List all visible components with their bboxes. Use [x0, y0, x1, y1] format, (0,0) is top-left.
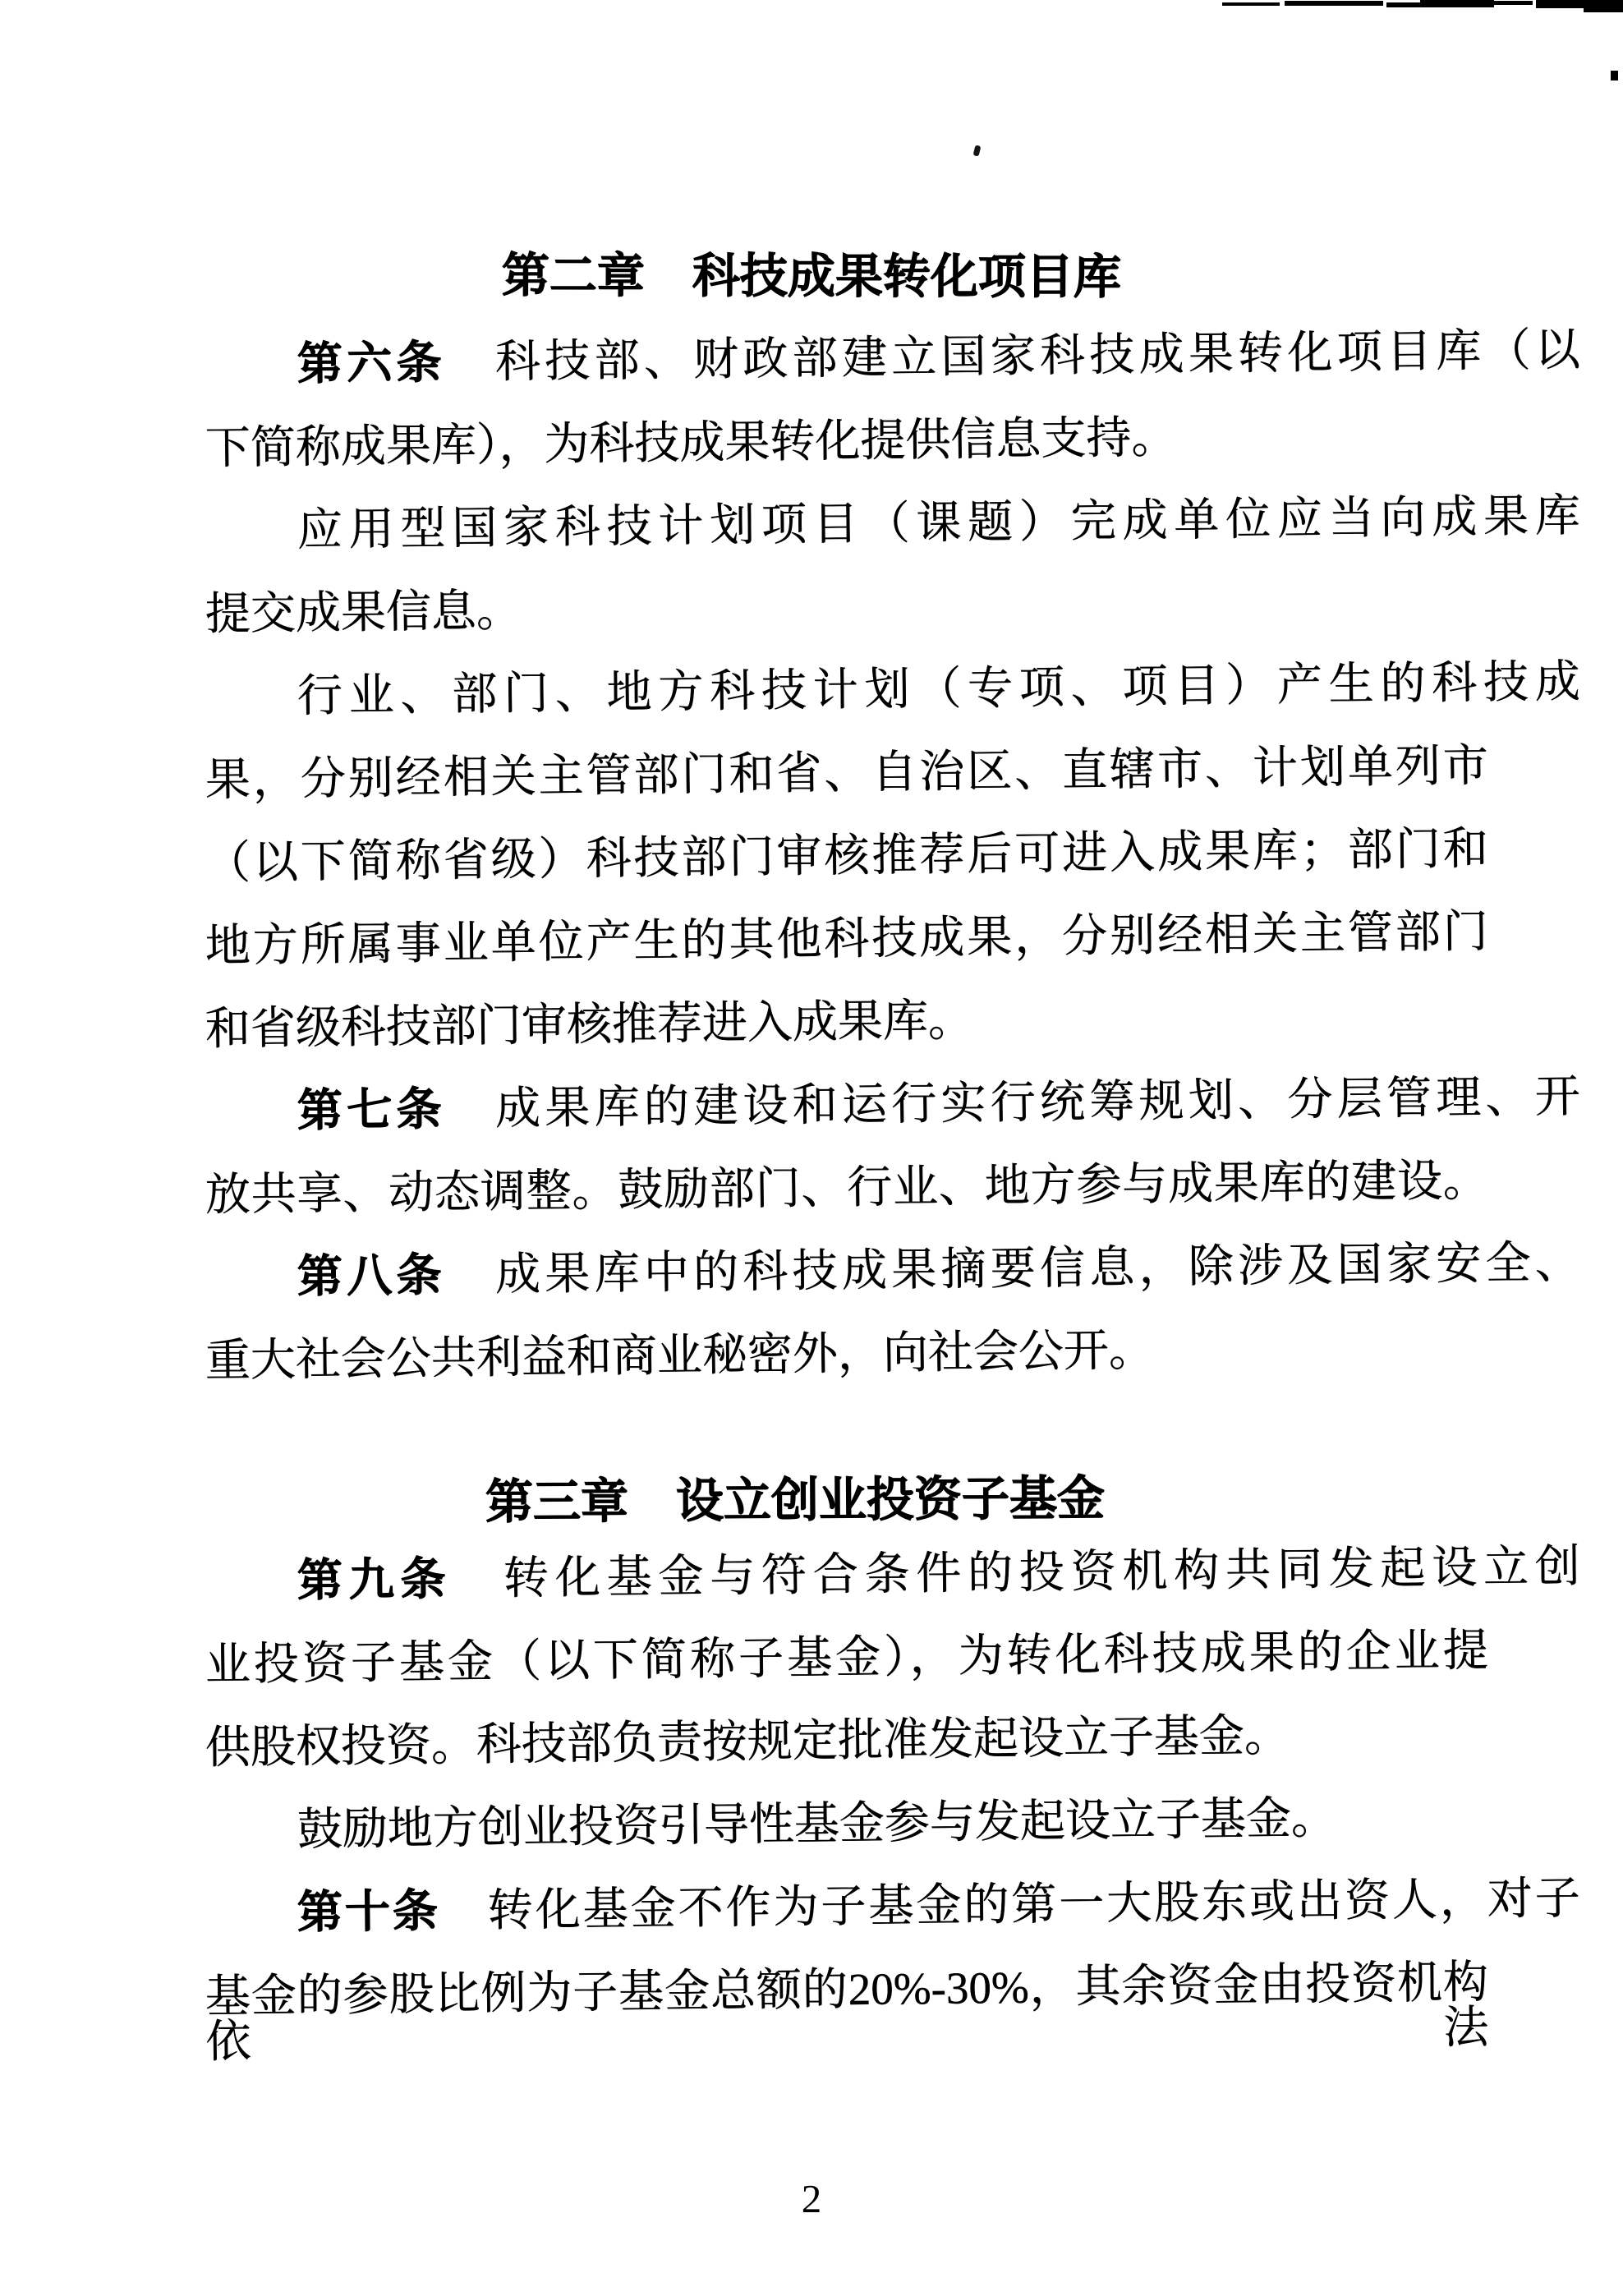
chapter-3-heading: 第三章 设立创业投资子基金 [0, 1472, 1607, 1530]
line-text: 转化基金与符合条件的投资机构共同发起设立创 [452, 1541, 1580, 1604]
doc-line: 放共享、动态调整。鼓励部门、行业、地方参与成果库的建设。 [205, 1157, 1489, 1223]
line-text: 鼓励地方创业投资引导性基金参与发起设立子基金。 [297, 1792, 1337, 1854]
line-text: 地方所属事业单位产生的其他科技成果，分别经相关主管部门 [205, 906, 1489, 971]
scanned-page: 第二章 科技成果转化项目库 第六条 科技部、财政部建立国家科技成果转化项目库（以… [0, 0, 1623, 2296]
page-number: 2 [0, 2179, 1623, 2219]
doc-line: 重大社会公共利益和商业秘密外，向社会公开。 [205, 1323, 1489, 1389]
line-text: 供股权投资。科技部负责按规定批准发起设立子基金。 [205, 1710, 1290, 1773]
line-text: 提交成果信息。 [205, 586, 522, 639]
article-number: 第六条 [297, 337, 447, 389]
article-number: 第九条 [297, 1553, 453, 1606]
doc-line: 第六条 科技部、财政部建立国家科技成果转化项目库（以 [205, 327, 1581, 393]
doc-line: 提交成果信息。 [205, 577, 1489, 642]
doc-line: 应用型国家科技计划项目（课题）完成单位应当向成果库 [205, 493, 1581, 559]
line-text: 基金的参股比例为子基金总额的20%-30%，其余资金由投资机构依法 [205, 1957, 1489, 2067]
stray-ink-dot [973, 145, 982, 156]
article-number: 第十条 [297, 1885, 441, 1938]
line-text: （以下简称省级）科技部门审核推荐后可进入成果库；部门和 [205, 823, 1489, 888]
line-text: 转化基金不作为子基金的第一大股东或出资人，对子 [439, 1873, 1580, 1936]
line-text: 业投资子基金（以下简称子基金），为转化科技成果的企业提 [205, 1625, 1489, 1690]
doc-line: 第八条 成果库中的科技成果摘要信息，除涉及国家安全、 [205, 1240, 1581, 1306]
doc-line: 第七条 成果库的建设和运行实行统筹规划、分层管理、开 [205, 1074, 1581, 1140]
doc-line: 基金的参股比例为子基金总额的20%-30%，其余资金由投资机构依法 [205, 1959, 1489, 2025]
scan-artifact-top-band [1222, 0, 1623, 16]
doc-line: 业投资子基金（以下简称子基金），为转化科技成果的企业提 [205, 1627, 1489, 1693]
doc-line: 地方所属事业单位产生的其他科技成果，分别经相关主管部门 [205, 909, 1489, 974]
line-text: 科技部、财政部建立国家科技成果转化项目库（以 [445, 324, 1580, 388]
doc-line: 和省级科技部门审核推荐进入成果库。 [205, 992, 1489, 1057]
doc-line: （以下简称省级）科技部门审核推荐后可进入成果库；部门和 [205, 826, 1489, 891]
doc-line: 行业、部门、地方科技计划（专项、项目）产生的科技成 [205, 659, 1581, 725]
scan-artifact-speck [1611, 71, 1618, 81]
doc-line: 第十条 转化基金不作为子基金的第一大股东或出资人，对子 [205, 1875, 1581, 1942]
line-text: 和省级科技部门审核推荐进入成果库。 [205, 995, 974, 1054]
chapter-2-heading: 第二章 科技成果转化项目库 [0, 251, 1623, 302]
doc-line: 下简称成果库），为科技成果转化提供信息支持。 [205, 411, 1489, 476]
doc-line: 鼓励地方创业投资引导性基金参与发起设立子基金。 [205, 1792, 1581, 1859]
doc-line: 果，分别经相关主管部门和省、自治区、直辖市、计划单列市 [205, 743, 1489, 808]
line-text: 行业、部门、地方科技计划（专项、项目）产生的科技成 [297, 656, 1581, 721]
line-text: 果，分别经相关主管部门和省、自治区、直辖市、计划单列市 [205, 740, 1489, 805]
line-text: 成果库的建设和运行实行统筹规划、分层管理、开 [445, 1071, 1580, 1134]
line-text: 下简称成果库），为科技成果转化提供信息支持。 [205, 412, 1177, 473]
line-text: 重大社会公共利益和商业秘密外，向社会公开。 [205, 1325, 1155, 1386]
line-text: 放共享、动态调整。鼓励部门、行业、地方参与成果库的建设。 [205, 1155, 1489, 1220]
article-number: 第八条 [297, 1249, 447, 1302]
article-number: 第七条 [297, 1084, 447, 1136]
line-text: 成果库中的科技成果摘要信息，除涉及国家安全、 [445, 1237, 1580, 1300]
doc-line: 供股权投资。科技部负责按规定批准发起设立子基金。 [205, 1710, 1489, 1776]
line-text: 应用型国家科技计划项目（课题）完成单位应当向成果库 [297, 490, 1581, 555]
doc-line: 第九条 转化基金与符合条件的投资机构共同发起设立创 [205, 1544, 1581, 1610]
